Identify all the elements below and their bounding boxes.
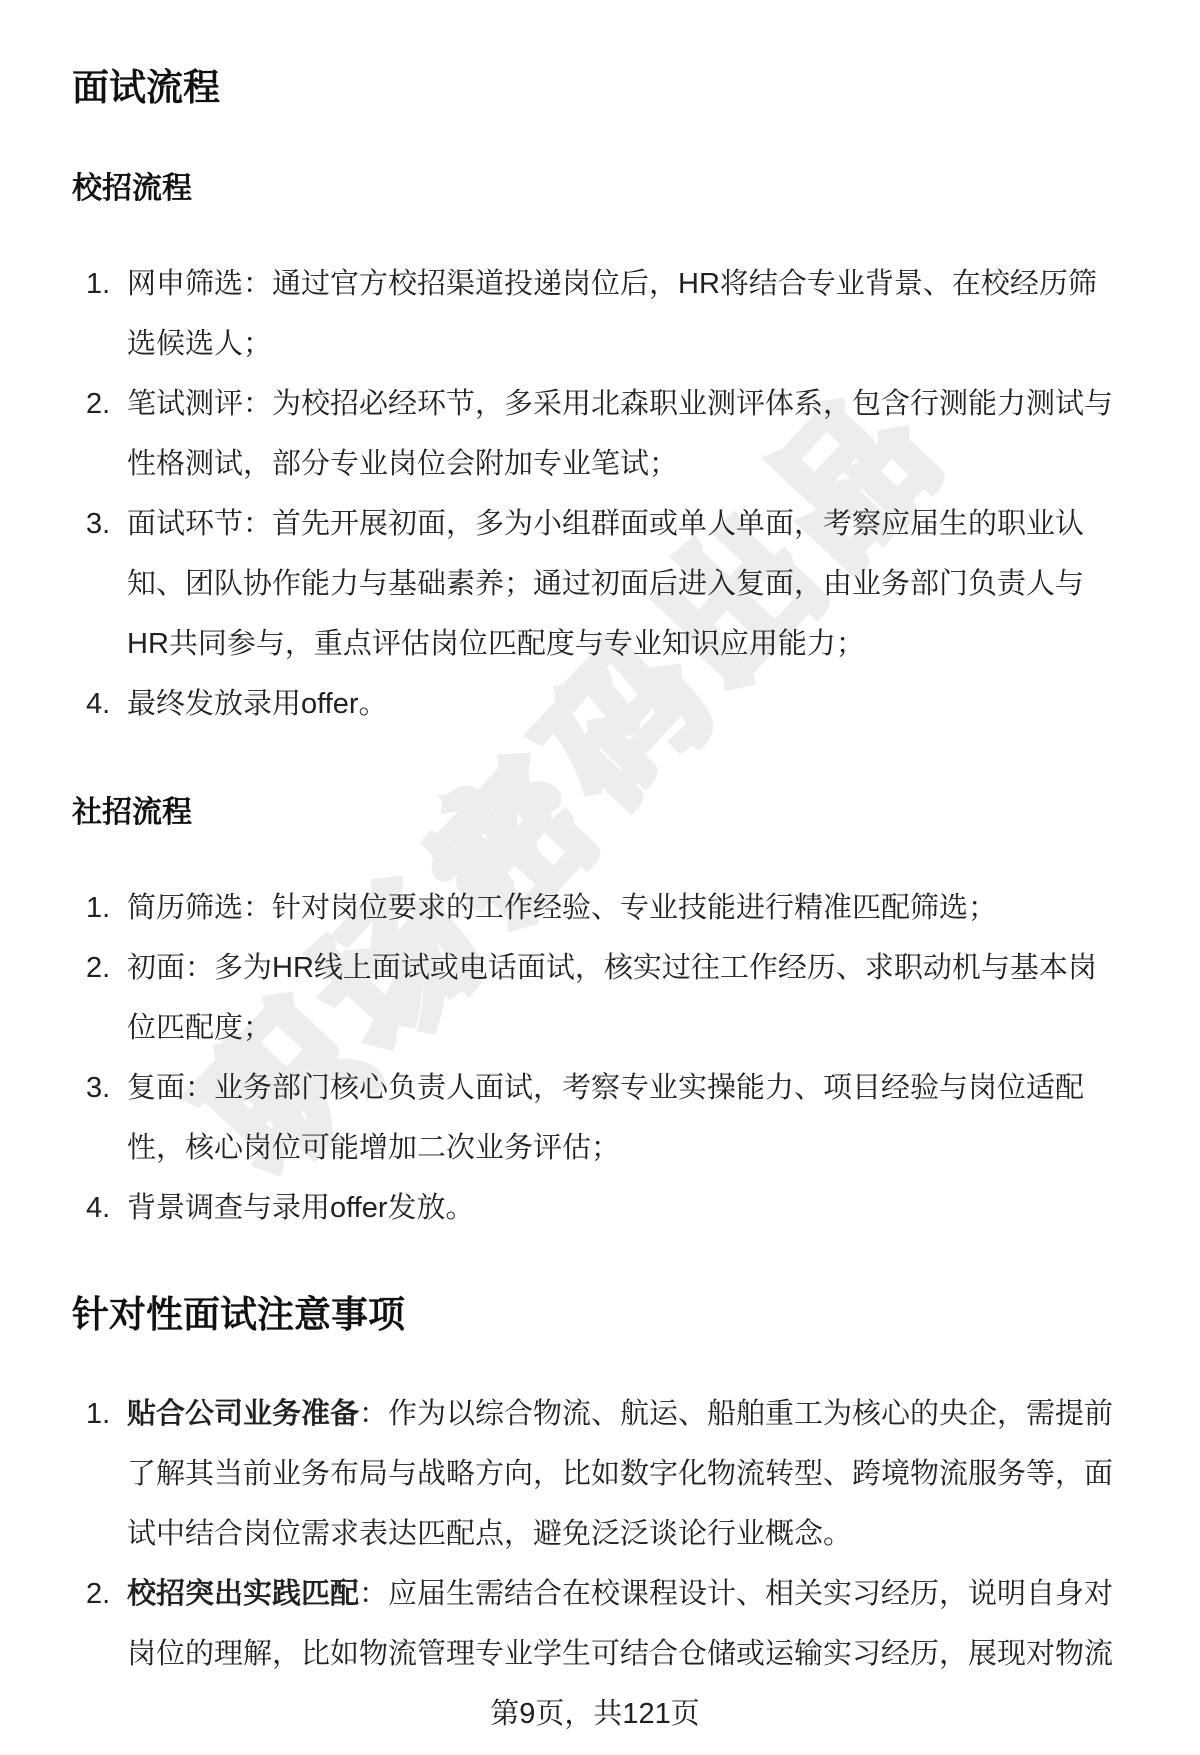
list-item-number: 1.	[86, 878, 110, 938]
campus-list: 1. 网申筛选：通过官方校招渠道投递岗位后，HR将结合专业背景、在校经历筛选候选…	[72, 254, 1118, 734]
list-item-text: 最终发放录用offer。	[127, 688, 388, 720]
social-list: 1. 简历筛选：针对岗位要求的工作经验、专业技能进行精准匹配筛选； 2. 初面：…	[72, 878, 1118, 1238]
section-heading-campus: 校招流程	[72, 170, 1118, 208]
list-item-text: 面试环节：首先开展初面，多为小组群面或单人单面，考察应届生的职业认知、团队协作能…	[127, 508, 1084, 660]
list-item-text: 复面：业务部门核心负责人面试，考察专业实操能力、项目经验与岗位适配性，核心岗位可…	[127, 1072, 1084, 1164]
list-item-number: 3.	[86, 1058, 110, 1118]
notes-list: 1. 贴合公司业务准备：作为以综合物流、航运、船舶重工为核心的央企，需提前了解其…	[72, 1384, 1118, 1684]
list-item-text: 简历筛选：针对岗位要求的工作经验、专业技能进行精准匹配筛选；	[127, 892, 997, 924]
section-heading-social: 社招流程	[72, 794, 1118, 832]
list-item: 1. 贴合公司业务准备：作为以综合物流、航运、船舶重工为核心的央企，需提前了解其…	[72, 1384, 1118, 1564]
list-item-number: 2.	[86, 938, 110, 998]
list-item: 1. 网申筛选：通过官方校招渠道投递岗位后，HR将结合专业背景、在校经历筛选候选…	[72, 254, 1118, 374]
list-item-number: 2.	[86, 1564, 110, 1624]
list-item-text: 背景调查与录用offer发放。	[127, 1192, 475, 1224]
list-item-number: 2.	[86, 374, 110, 434]
list-item-number: 4.	[86, 674, 110, 734]
document-content: 面试流程 校招流程 1. 网申筛选：通过官方校招渠道投递岗位后，HR将结合专业背…	[72, 66, 1118, 1736]
document-page: 职场密码出品 面试流程 校招流程 1. 网申筛选：通过官方校招渠道投递岗位后，H…	[0, 0, 1200, 1755]
list-item-number: 4.	[86, 1178, 110, 1238]
list-item-text: 笔试测评：为校招必经环节，多采用北森职业测评体系，包含行测能力测试与性格测试，部…	[127, 388, 1113, 480]
list-item-text: 网申筛选：通过官方校招渠道投递岗位后，HR将结合专业背景、在校经历筛选候选人；	[127, 268, 1097, 360]
list-item: 3. 面试环节：首先开展初面，多为小组群面或单人单面，考察应届生的职业认知、团队…	[72, 494, 1118, 674]
list-item: 1. 简历筛选：针对岗位要求的工作经验、专业技能进行精准匹配筛选；	[72, 878, 1118, 938]
page-number-footer: 第9页，共121页	[72, 1692, 1118, 1736]
list-item: 4. 最终发放录用offer。	[72, 674, 1118, 734]
page-title: 面试流程	[72, 66, 1118, 110]
list-item-text: 初面：多为HR线上面试或电话面试，核实过往工作经历、求职动机与基本岗位匹配度；	[127, 952, 1097, 1044]
list-item-number: 1.	[86, 1384, 110, 1444]
list-item-bold-lead: 贴合公司业务准备	[127, 1398, 359, 1430]
list-item: 4. 背景调查与录用offer发放。	[72, 1178, 1118, 1238]
list-item: 2. 笔试测评：为校招必经环节，多采用北森职业测评体系，包含行测能力测试与性格测…	[72, 374, 1118, 494]
list-item: 2. 校招突出实践匹配：应届生需结合在校课程设计、相关实习经历，说明自身对岗位的…	[72, 1564, 1118, 1684]
list-item-number: 3.	[86, 494, 110, 554]
list-item: 3. 复面：业务部门核心负责人面试，考察专业实操能力、项目经验与岗位适配性，核心…	[72, 1058, 1118, 1178]
list-item-bold-lead: 校招突出实践匹配	[127, 1578, 359, 1610]
section-heading-notes: 针对性面试注意事项	[72, 1292, 1118, 1338]
list-item-number: 1.	[86, 254, 110, 314]
list-item: 2. 初面：多为HR线上面试或电话面试，核实过往工作经历、求职动机与基本岗位匹配…	[72, 938, 1118, 1058]
